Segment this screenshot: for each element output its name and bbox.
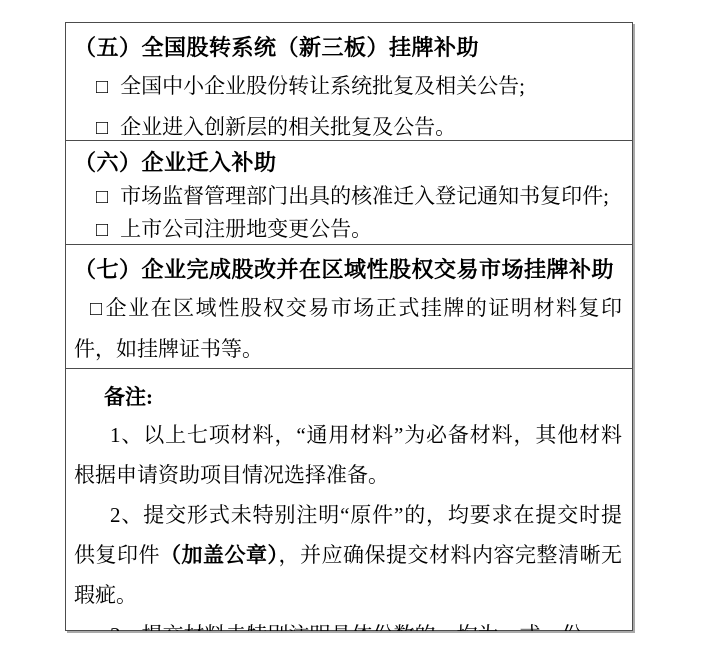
note-3-number: 3、 [110,623,142,631]
notes-section: 备注: 1、以上七项材料，“通用材料”为必备材料，其他材料根据申请资助项目情况选… [66,369,632,631]
checklist-item: □上市公司注册地变更公告。 [74,213,622,245]
checkbox-icon[interactable]: □ [96,214,108,245]
materials-table: （五）全国股转系统（新三板）挂牌补助 □全国中小企业股份转让系统批复及相关公告;… [65,22,633,631]
note-1-number: 1、 [110,423,143,447]
section-7-regional-equity-listing-subsidy: （七）企业完成股改并在区域性股权交易市场挂牌补助 □企业在区域性股权交易市场正式… [66,245,632,369]
note-item-2: 2、提交形式未特别注明“原件”的，均要求在提交时提供复印件（加盖公章），并应确保… [74,495,622,615]
note-2-bold-text: （加盖公章） [160,543,279,567]
section-6-heading: （六）企业迁入补助 [74,146,622,180]
checklist-item: □全国中小企业股份转让系统批复及相关公告; [74,66,622,107]
checklist-item-text: 市场监督管理部门出具的核准迁入登记通知书复印件; [120,184,609,208]
section-7-paragraph-text: 企业在区域性股权交易市场正式挂牌的证明材料复印件，如挂牌证书等。 [74,296,622,361]
checklist-item-text: 全国中小企业股份转让系统批复及相关公告; [120,74,525,98]
checkbox-icon[interactable]: □ [96,67,108,107]
note-item-3: 3、提交材料未特别注明具体份数的，均为一式一份。 [74,615,622,631]
checkbox-icon[interactable]: □ [96,108,108,141]
note-3-text: 提交材料未特别注明具体份数的，均为一式一份。 [142,623,604,631]
checklist-item-text: 上市公司注册地变更公告。 [120,217,372,241]
checkbox-icon[interactable]: □ [96,181,108,213]
checkbox-icon[interactable]: □ [90,289,102,329]
section-5-nsts-listing-subsidy: （五）全国股转系统（新三板）挂牌补助 □全国中小企业股份转让系统批复及相关公告;… [66,23,632,141]
section-7-heading: （七）企业完成股改并在区域性股权交易市场挂牌补助 [74,251,622,288]
note-1-text: 以上七项材料，“通用材料”为必备材料，其他材料根据申请资助项目情况选择准备。 [74,423,622,487]
section-5-heading: （五）全国股转系统（新三板）挂牌补助 [74,29,622,66]
checklist-item-text: 企业进入创新层的相关批复及公告。 [120,115,456,139]
notes-title: 备注: [104,379,622,415]
checklist-item: □企业进入创新层的相关批复及公告。 [74,107,622,141]
section-7-paragraph: □企业在区域性股权交易市场正式挂牌的证明材料复印件，如挂牌证书等。 [74,288,622,369]
checklist-item: □市场监督管理部门出具的核准迁入登记通知书复印件; [74,180,622,213]
note-item-1: 1、以上七项材料，“通用材料”为必备材料，其他材料根据申请资助项目情况选择准备。 [74,415,622,495]
section-6-relocation-subsidy: （六）企业迁入补助 □市场监督管理部门出具的核准迁入登记通知书复印件; □上市公… [66,141,632,245]
note-2-number: 2、 [110,503,143,527]
